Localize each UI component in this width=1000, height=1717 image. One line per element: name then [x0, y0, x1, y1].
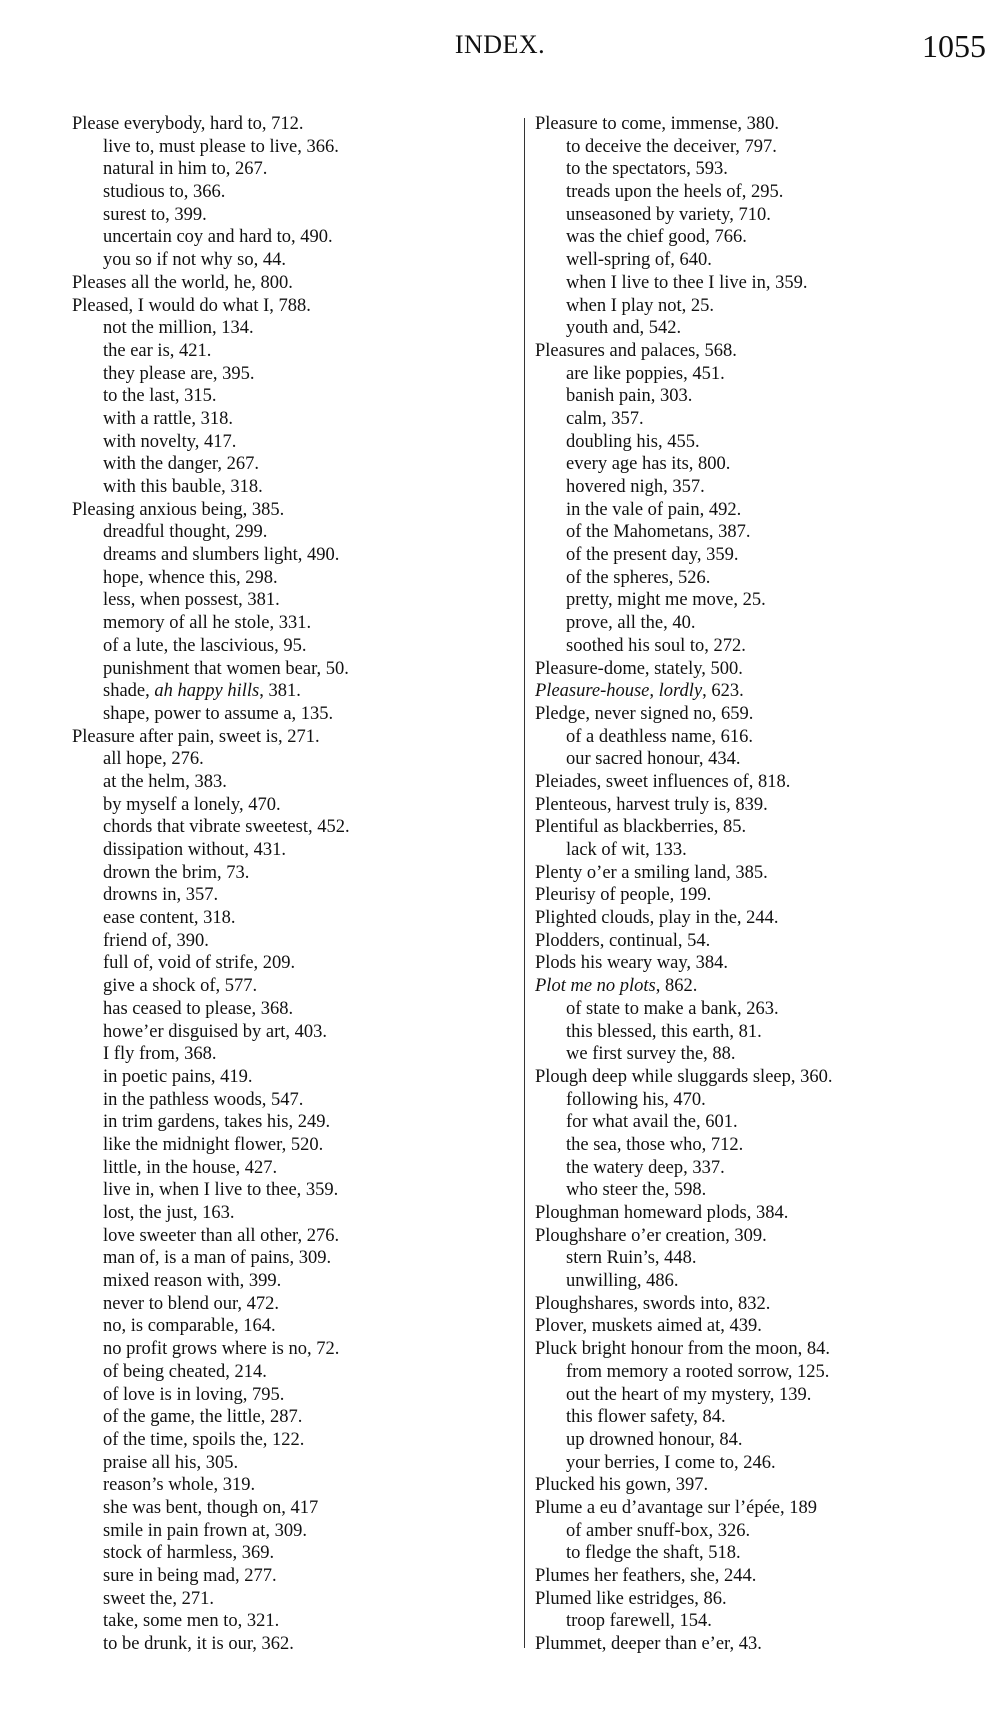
- index-entry: Pleased, I would do what I, 788.: [72, 295, 512, 318]
- index-subentry: sure in being mad, 277.: [72, 1565, 512, 1588]
- index-entry: Plummet, deeper than e’er, 43.: [535, 1633, 995, 1656]
- index-entry: Pleiades, sweet influences of, 818.: [535, 771, 995, 794]
- index-subentry: smile in pain frown at, 309.: [72, 1520, 512, 1543]
- index-subentry: unseasoned by variety, 710.: [535, 204, 995, 227]
- index-subentry: of state to make a bank, 263.: [535, 998, 995, 1021]
- index-subentry: sweet the, 271.: [72, 1588, 512, 1611]
- index-entry: Plumes her feathers, she, 244.: [535, 1565, 995, 1588]
- index-entry: Plucked his gown, 397.: [535, 1474, 995, 1497]
- index-subentry: hovered nigh, 357.: [535, 476, 995, 499]
- index-subentry: doubling his, 455.: [535, 431, 995, 454]
- index-entry: Pleurisy of people, 199.: [535, 884, 995, 907]
- index-subentry: praise all his, 305.: [72, 1452, 512, 1475]
- italic-text: Pleasure-house, lordly: [535, 681, 702, 701]
- index-subentry: prove, all the, 40.: [535, 612, 995, 635]
- page-number: 1055: [922, 28, 986, 65]
- index-subentry: we first survey the, 88.: [535, 1043, 995, 1066]
- index-subentry: memory of all he stole, 331.: [72, 612, 512, 635]
- index-subentry: drown the brim, 73.: [72, 862, 512, 885]
- index-subentry: of the spheres, 526.: [535, 567, 995, 590]
- index-subentry: she was bent, though on, 417: [72, 1497, 512, 1520]
- index-subentry: of the present day, 359.: [535, 544, 995, 567]
- index-subentry: I fly from, 368.: [72, 1043, 512, 1066]
- index-subentry: mixed reason with, 399.: [72, 1270, 512, 1293]
- index-subentry: of the time, spoils the, 122.: [72, 1429, 512, 1452]
- index-subentry: lost, the just, 163.: [72, 1202, 512, 1225]
- index-subentry: dreams and slumbers light, 490.: [72, 544, 512, 567]
- index-subentry: in trim gardens, takes his, 249.: [72, 1111, 512, 1134]
- index-entry: Plenty o’er a smiling land, 385.: [535, 862, 995, 885]
- page-header-title: INDEX.: [0, 30, 1000, 60]
- index-subentry: pretty, might me move, 25.: [535, 589, 995, 612]
- index-subentry: surest to, 399.: [72, 204, 512, 227]
- index-subentry: your berries, I come to, 246.: [535, 1452, 995, 1475]
- index-entry: Pleasure-dome, stately, 500.: [535, 658, 995, 681]
- index-subentry: of a deathless name, 616.: [535, 726, 995, 749]
- index-subentry: no, is comparable, 164.: [72, 1315, 512, 1338]
- index-subentry: shape, power to assume a, 135.: [72, 703, 512, 726]
- index-subentry: who steer the, 598.: [535, 1179, 995, 1202]
- index-entry: Pleases all the world, he, 800.: [72, 272, 512, 295]
- index-subentry: every age has its, 800.: [535, 453, 995, 476]
- index-subentry: to deceive the deceiver, 797.: [535, 136, 995, 159]
- index-entry: Plumed like estridges, 86.: [535, 1588, 995, 1611]
- index-subentry: to fledge the shaft, 518.: [535, 1542, 995, 1565]
- index-subentry: with this bauble, 318.: [72, 476, 512, 499]
- index-subentry: with novelty, 417.: [72, 431, 512, 454]
- index-subentry: lack of wit, 133.: [535, 839, 995, 862]
- index-entry: Plodders, continual, 54.: [535, 930, 995, 953]
- index-subentry: chords that vibrate sweetest, 452.: [72, 816, 512, 839]
- index-subentry: in poetic pains, 419.: [72, 1066, 512, 1089]
- index-entry: Pleasing anxious being, 385.: [72, 499, 512, 522]
- index-subentry: drowns in, 357.: [72, 884, 512, 907]
- index-subentry: troop farewell, 154.: [535, 1610, 995, 1633]
- index-subentry: well-spring of, 640.: [535, 249, 995, 272]
- index-subentry: love sweeter than all other, 276.: [72, 1225, 512, 1248]
- index-subentry: not the million, 134.: [72, 317, 512, 340]
- index-subentry: for what avail the, 601.: [535, 1111, 995, 1134]
- index-entry: Plough deep while sluggards sleep, 360.: [535, 1066, 995, 1089]
- index-subentry: to be drunk, it is our, 362.: [72, 1633, 512, 1656]
- index-subentry: in the pathless woods, 547.: [72, 1089, 512, 1112]
- index-entry: Pledge, never signed no, 659.: [535, 703, 995, 726]
- index-entry: Ploughman homeward plods, 384.: [535, 1202, 995, 1225]
- index-subentry: reason’s whole, 319.: [72, 1474, 512, 1497]
- index-subentry: out the heart of my mystery, 139.: [535, 1384, 995, 1407]
- index-subentry: live to, must please to live, 366.: [72, 136, 512, 159]
- index-subentry: natural in him to, 267.: [72, 158, 512, 181]
- index-subentry: little, in the house, 427.: [72, 1157, 512, 1180]
- index-subentry: howe’er disguised by art, 403.: [72, 1021, 512, 1044]
- index-subentry: dissipation without, 431.: [72, 839, 512, 862]
- italic-text: ah happy hills: [154, 681, 259, 701]
- index-subentry: friend of, 390.: [72, 930, 512, 953]
- index-entry: Ploughshares, swords into, 832.: [535, 1293, 995, 1316]
- index-subentry: punishment that women bear, 50.: [72, 658, 512, 681]
- index-entry: Pleasures and palaces, 568.: [535, 340, 995, 363]
- index-subentry: treads upon the heels of, 295.: [535, 181, 995, 204]
- index-subentry: of amber snuff-box, 326.: [535, 1520, 995, 1543]
- index-entry: Plenteous, harvest truly is, 839.: [535, 794, 995, 817]
- index-subentry: from memory a rooted sorrow, 125.: [535, 1361, 995, 1384]
- index-subentry: live in, when I live to thee, 359.: [72, 1179, 512, 1202]
- index-subentry: to the last, 315.: [72, 385, 512, 408]
- index-subentry: never to blend our, 472.: [72, 1293, 512, 1316]
- index-entry: Pleasure-house, lordly, 623.: [535, 680, 995, 703]
- index-subentry: of the Mahometans, 387.: [535, 521, 995, 544]
- index-column-right: Pleasure to come, immense, 380.to deceiv…: [535, 113, 995, 1656]
- index-subentry: stock of harmless, 369.: [72, 1542, 512, 1565]
- index-subentry: our sacred honour, 434.: [535, 748, 995, 771]
- index-subentry: uncertain coy and hard to, 490.: [72, 226, 512, 249]
- index-subentry: of love is in loving, 795.: [72, 1384, 512, 1407]
- index-subentry: with the danger, 267.: [72, 453, 512, 476]
- column-divider: [524, 118, 525, 1648]
- index-subentry: of a lute, the lascivious, 95.: [72, 635, 512, 658]
- index-subentry: when I play not, 25.: [535, 295, 995, 318]
- index-subentry: are like poppies, 451.: [535, 363, 995, 386]
- index-column-left: Please everybody, hard to, 712.live to, …: [72, 113, 512, 1656]
- index-subentry: like the midnight flower, 520.: [72, 1134, 512, 1157]
- index-subentry: take, some men to, 321.: [72, 1610, 512, 1633]
- index-subentry: the sea, those who, 712.: [535, 1134, 995, 1157]
- index-entry: Pluck bright honour from the moon, 84.: [535, 1338, 995, 1361]
- index-subentry: give a shock of, 577.: [72, 975, 512, 998]
- index-subentry: all hope, 276.: [72, 748, 512, 771]
- index-entry: Plods his weary way, 384.: [535, 952, 995, 975]
- index-subentry: has ceased to please, 368.: [72, 998, 512, 1021]
- index-subentry: soothed his soul to, 272.: [535, 635, 995, 658]
- index-entry: Please everybody, hard to, 712.: [72, 113, 512, 136]
- index-subentry: no profit grows where is no, 72.: [72, 1338, 512, 1361]
- index-subentry: ease content, 318.: [72, 907, 512, 930]
- index-subentry: was the chief good, 766.: [535, 226, 995, 249]
- index-subentry: following his, 470.: [535, 1089, 995, 1112]
- index-subentry: shade, ah happy hills, 381.: [72, 680, 512, 703]
- index-subentry: man of, is a man of pains, 309.: [72, 1247, 512, 1270]
- index-entry: Plentiful as blackberries, 85.: [535, 816, 995, 839]
- index-subentry: the watery deep, 337.: [535, 1157, 995, 1180]
- index-subentry: to the spectators, 593.: [535, 158, 995, 181]
- index-subentry: of the game, the little, 287.: [72, 1406, 512, 1429]
- index-subentry: this flower safety, 84.: [535, 1406, 995, 1429]
- index-subentry: stern Ruin’s, 448.: [535, 1247, 995, 1270]
- index-subentry: with a rattle, 318.: [72, 408, 512, 431]
- index-subentry: studious to, 366.: [72, 181, 512, 204]
- italic-text: Plot me no plots: [535, 976, 656, 996]
- index-subentry: unwilling, 486.: [535, 1270, 995, 1293]
- index-entry: Ploughshare o’er creation, 309.: [535, 1225, 995, 1248]
- index-subentry: youth and, 542.: [535, 317, 995, 340]
- index-subentry: by myself a lonely, 470.: [72, 794, 512, 817]
- index-subentry: at the helm, 383.: [72, 771, 512, 794]
- index-subentry: dreadful thought, 299.: [72, 521, 512, 544]
- index-subentry: they please are, 395.: [72, 363, 512, 386]
- index-subentry: hope, whence this, 298.: [72, 567, 512, 590]
- index-subentry: up drowned honour, 84.: [535, 1429, 995, 1452]
- index-subentry: full of, void of strife, 209.: [72, 952, 512, 975]
- index-subentry: less, when possest, 381.: [72, 589, 512, 612]
- index-subentry: banish pain, 303.: [535, 385, 995, 408]
- index-subentry: the ear is, 421.: [72, 340, 512, 363]
- index-entry: Plume a eu d’avantage sur l’épée, 189: [535, 1497, 995, 1520]
- index-entry: Pleasure after pain, sweet is, 271.: [72, 726, 512, 749]
- index-subentry: of being cheated, 214.: [72, 1361, 512, 1384]
- index-subentry: this blessed, this earth, 81.: [535, 1021, 995, 1044]
- index-subentry: calm, 357.: [535, 408, 995, 431]
- index-entry: Plighted clouds, play in the, 244.: [535, 907, 995, 930]
- index-entry: Plot me no plots, 862.: [535, 975, 995, 998]
- index-subentry: you so if not why so, 44.: [72, 249, 512, 272]
- index-entry: Pleasure to come, immense, 380.: [535, 113, 995, 136]
- index-entry: Plover, muskets aimed at, 439.: [535, 1315, 995, 1338]
- index-subentry: when I live to thee I live in, 359.: [535, 272, 995, 295]
- index-subentry: in the vale of pain, 492.: [535, 499, 995, 522]
